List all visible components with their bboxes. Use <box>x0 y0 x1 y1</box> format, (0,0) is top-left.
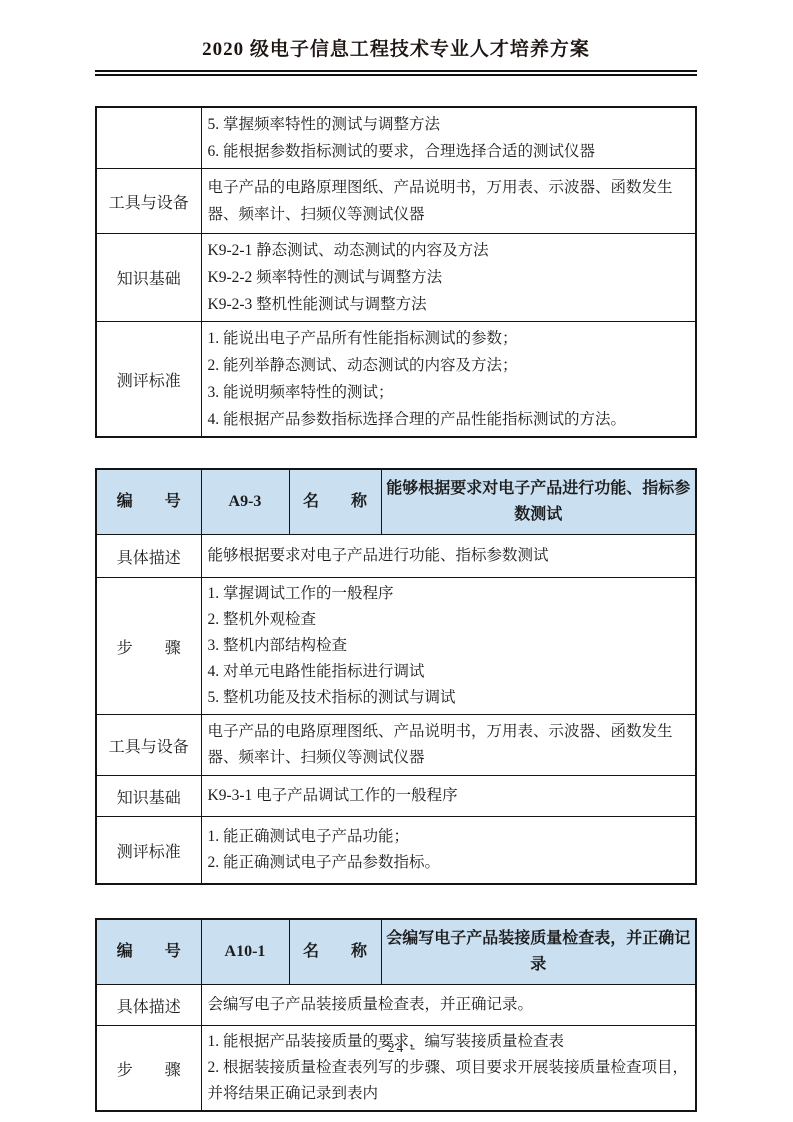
table-header-row: 编 号 A10-1 名 称 会编写电子产品装接质量检查表，并正确记录 <box>96 919 696 985</box>
table-row: 工具与设备 电子产品的电路原理图纸、产品说明书，万用表、示波器、函数发生器、频率… <box>96 715 696 776</box>
table-row: 知识基础 K9-2-1 静态测试、动态测试的内容及方法 K9-2-2 频率特性的… <box>96 234 696 322</box>
table-row: 测评标准 1. 能说出电子产品所有性能指标测试的参数； 2. 能列举静态测试、动… <box>96 322 696 438</box>
row-label-desc: 具体描述 <box>96 535 201 578</box>
header-label-name: 名 称 <box>289 469 381 535</box>
knowledge-content: K9-2-1 静态测试、动态测试的内容及方法 K9-2-2 频率特性的测试与调整… <box>201 234 696 322</box>
row-label-tools: 工具与设备 <box>96 169 201 234</box>
row-label-knowledge: 知识基础 <box>96 776 201 817</box>
table-row: 步 骤 1. 掌握调试工作的一般程序 2. 整机外观检查 3. 整机内部结构检查… <box>96 578 696 715</box>
steps-tail-content: 5. 掌握频率特性的测试与调整方法 6. 能根据参数指标测试的要求，合理选择合适… <box>201 107 696 169</box>
row-label-steps: 步 骤 <box>96 1026 201 1112</box>
text-line: K9-2-2 频率特性的测试与调整方法 <box>208 264 690 291</box>
row-label-tools: 工具与设备 <box>96 715 201 776</box>
title-double-rule <box>95 70 697 76</box>
table-row: 步 骤 1. 能根据产品装接质量的要求，编写装接质量检查表 2. 根据装接质量检… <box>96 1026 696 1112</box>
text-line: 1. 能正确测试电子产品功能； <box>208 824 690 850</box>
table-row: 测评标准 1. 能正确测试电子产品功能； 2. 能正确测试电子产品参数指标。 <box>96 817 696 885</box>
row-label-empty <box>96 107 201 169</box>
task-code: A9-3 <box>201 469 289 535</box>
row-label-criteria: 测评标准 <box>96 817 201 885</box>
task-table-a9-3: 编 号 A9-3 名 称 能够根据要求对电子产品进行功能、指标参数测试 具体描述… <box>95 468 697 885</box>
text-line: 3. 能说明频率特性的测试； <box>208 379 690 406</box>
text-line: 1. 能说出电子产品所有性能指标测试的参数； <box>208 325 690 352</box>
row-label-steps: 步 骤 <box>96 578 201 715</box>
text-line: 2. 能列举静态测试、动态测试的内容及方法； <box>208 352 690 379</box>
tools-content: 电子产品的电路原理图纸、产品说明书，万用表、示波器、函数发生器、频率计、扫频仪等… <box>201 169 696 234</box>
row-label-knowledge: 知识基础 <box>96 234 201 322</box>
table-row: 具体描述 会编写电子产品装接质量检查表，并正确记录。 <box>96 985 696 1026</box>
row-label-desc: 具体描述 <box>96 985 201 1026</box>
document-page: 2020 级电子信息工程技术专业人才培养方案 5. 掌握频率特性的测试与调整方法… <box>0 0 793 1122</box>
header-label-number: 编 号 <box>96 919 201 985</box>
text-line: 6. 能根据参数指标测试的要求，合理选择合适的测试仪器 <box>208 138 690 165</box>
header-label-number: 编 号 <box>96 469 201 535</box>
text-line: 5. 整机功能及技术指标的测试与调试 <box>208 685 690 711</box>
table-row: 具体描述 能够根据要求对电子产品进行功能、指标参数测试 <box>96 535 696 578</box>
text-line: 4. 对单元电路性能指标进行调试 <box>208 659 690 685</box>
header-label-name: 名 称 <box>289 919 381 985</box>
table-row: 工具与设备 电子产品的电路原理图纸、产品说明书，万用表、示波器、函数发生器、频率… <box>96 169 696 234</box>
text-line: 3. 整机内部结构检查 <box>208 633 690 659</box>
table-row: 知识基础 K9-3-1 电子产品调试工作的一般程序 <box>96 776 696 817</box>
page-content: 2020 级电子信息工程技术专业人才培养方案 5. 掌握频率特性的测试与调整方法… <box>95 0 697 1112</box>
criteria-content: 1. 能正确测试电子产品功能； 2. 能正确测试电子产品参数指标。 <box>201 817 696 885</box>
table-row: 5. 掌握频率特性的测试与调整方法 6. 能根据参数指标测试的要求，合理选择合适… <box>96 107 696 169</box>
text-line: 2. 能正确测试电子产品参数指标。 <box>208 850 690 876</box>
knowledge-content: K9-3-1 电子产品调试工作的一般程序 <box>201 776 696 817</box>
tools-content: 电子产品的电路原理图纸、产品说明书，万用表、示波器、函数发生器、频率计、扫频仪等… <box>201 715 696 776</box>
steps-content: 1. 能根据产品装接质量的要求，编写装接质量检查表 2. 根据装接质量检查表列写… <box>201 1026 696 1112</box>
desc-content: 能够根据要求对电子产品进行功能、指标参数测试 <box>201 535 696 578</box>
page-number: - 24 - <box>0 1040 793 1056</box>
text-line: 1. 掌握调试工作的一般程序 <box>208 581 690 607</box>
steps-content: 1. 掌握调试工作的一般程序 2. 整机外观检查 3. 整机内部结构检查 4. … <box>201 578 696 715</box>
text-line: K9-2-1 静态测试、动态测试的内容及方法 <box>208 237 690 264</box>
text-line: 4. 能根据产品参数指标选择合理的产品性能指标测试的方法。 <box>208 406 690 433</box>
text-line: K9-2-3 整机性能测试与调整方法 <box>208 291 690 318</box>
task-table-a9-2-continued: 5. 掌握频率特性的测试与调整方法 6. 能根据参数指标测试的要求，合理选择合适… <box>95 106 697 438</box>
text-line: 2. 根据装接质量检查表列写的步骤、项目要求开展装接质量检查项目，并将结果正确记… <box>208 1055 690 1107</box>
text-line: 2. 整机外观检查 <box>208 607 690 633</box>
task-table-a10-1: 编 号 A10-1 名 称 会编写电子产品装接质量检查表，并正确记录 具体描述 … <box>95 918 697 1112</box>
task-name: 会编写电子产品装接质量检查表，并正确记录 <box>381 919 696 985</box>
document-title: 2020 级电子信息工程技术专业人才培养方案 <box>95 0 697 62</box>
task-code: A10-1 <box>201 919 289 985</box>
table-header-row: 编 号 A9-3 名 称 能够根据要求对电子产品进行功能、指标参数测试 <box>96 469 696 535</box>
row-label-criteria: 测评标准 <box>96 322 201 438</box>
text-line: 5. 掌握频率特性的测试与调整方法 <box>208 111 690 138</box>
desc-content: 会编写电子产品装接质量检查表，并正确记录。 <box>201 985 696 1026</box>
task-name: 能够根据要求对电子产品进行功能、指标参数测试 <box>381 469 696 535</box>
criteria-content: 1. 能说出电子产品所有性能指标测试的参数； 2. 能列举静态测试、动态测试的内… <box>201 322 696 438</box>
